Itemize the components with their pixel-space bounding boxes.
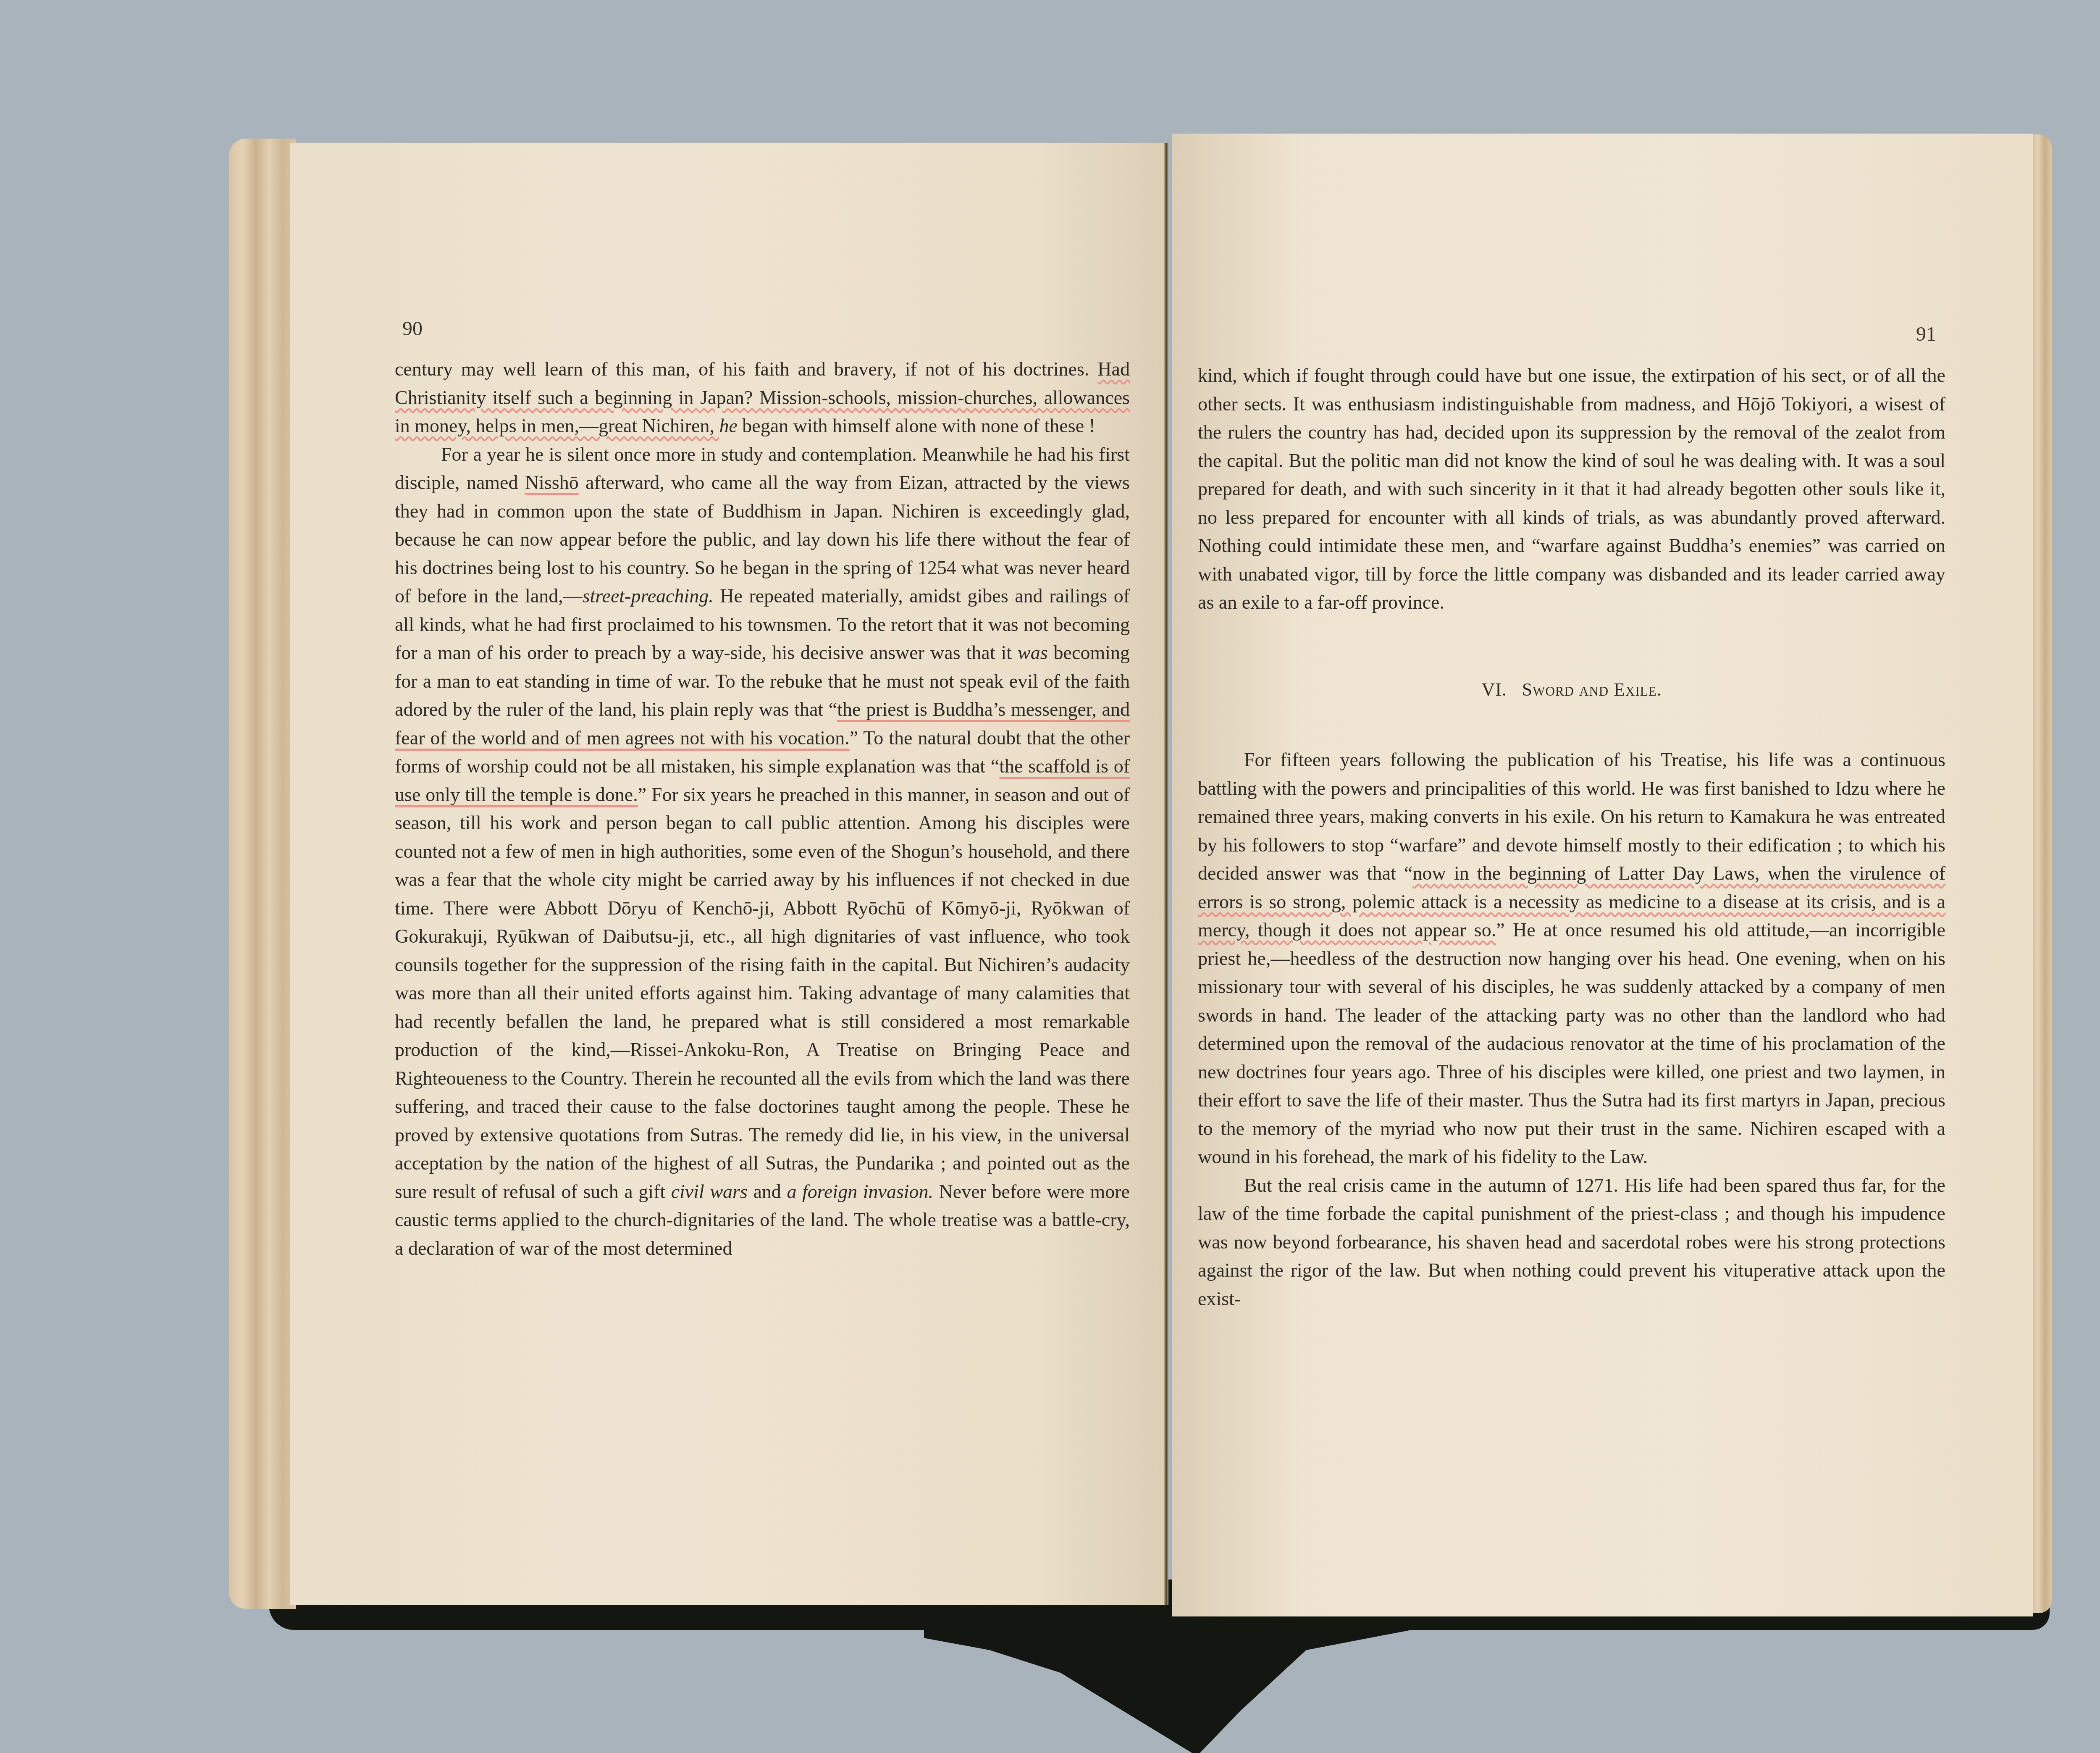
left-page-number: 90 xyxy=(402,317,423,340)
chapter-number: VI. xyxy=(1481,679,1507,700)
chapter-title: Sword and Exile. xyxy=(1522,679,1662,700)
chapter-heading: VI. Sword and Exile. xyxy=(1198,675,1945,704)
emphasis-text: he xyxy=(719,415,737,436)
emphasis-text: was xyxy=(1018,642,1048,663)
text-run: ” For six years he preached in this mann… xyxy=(395,784,1130,1202)
text-run: began with himself alone with none of th… xyxy=(738,415,1095,436)
right-page-number: 91 xyxy=(1916,323,1936,346)
text-run: century may well learn of this man, of h… xyxy=(395,358,1097,380)
right-page-continuation-text: kind, which if fought through could have… xyxy=(1198,361,1945,617)
right-page-chapter-text: For fifteen years following the publicat… xyxy=(1198,746,1945,1313)
text-run: But the real crisis came in the autumn o… xyxy=(1198,1175,1945,1309)
paragraph: For a year he is silent once more in stu… xyxy=(395,440,1130,1263)
emphasis-text: a foreign invasion. xyxy=(787,1181,933,1202)
right-page-body-text: kind, which if fought through could have… xyxy=(1198,361,1945,1313)
left-page-body-text: century may well learn of this man, of h… xyxy=(395,355,1130,1262)
spine-shadow xyxy=(924,1605,1470,1753)
pencil-annotation: Nisshō xyxy=(525,472,579,493)
emphasis-text: street-preaching. xyxy=(583,585,714,607)
emphasis-text: civil wars xyxy=(671,1181,748,1202)
paragraph: kind, which if fought through could have… xyxy=(1198,361,1945,617)
paragraph: But the real crisis came in the autumn o… xyxy=(1198,1171,1945,1313)
left-page-edges xyxy=(229,139,296,1609)
paragraph: century may well learn of this man, of h… xyxy=(395,355,1130,440)
text-run: kind, which if fought through could have… xyxy=(1198,365,1945,613)
paragraph: For fifteen years following the publicat… xyxy=(1198,746,1945,1171)
text-run: ” He at once resumed his old attitude,—a… xyxy=(1198,919,1945,1167)
text-run: and xyxy=(748,1181,787,1202)
book-spine-gutter xyxy=(1164,143,1168,1605)
